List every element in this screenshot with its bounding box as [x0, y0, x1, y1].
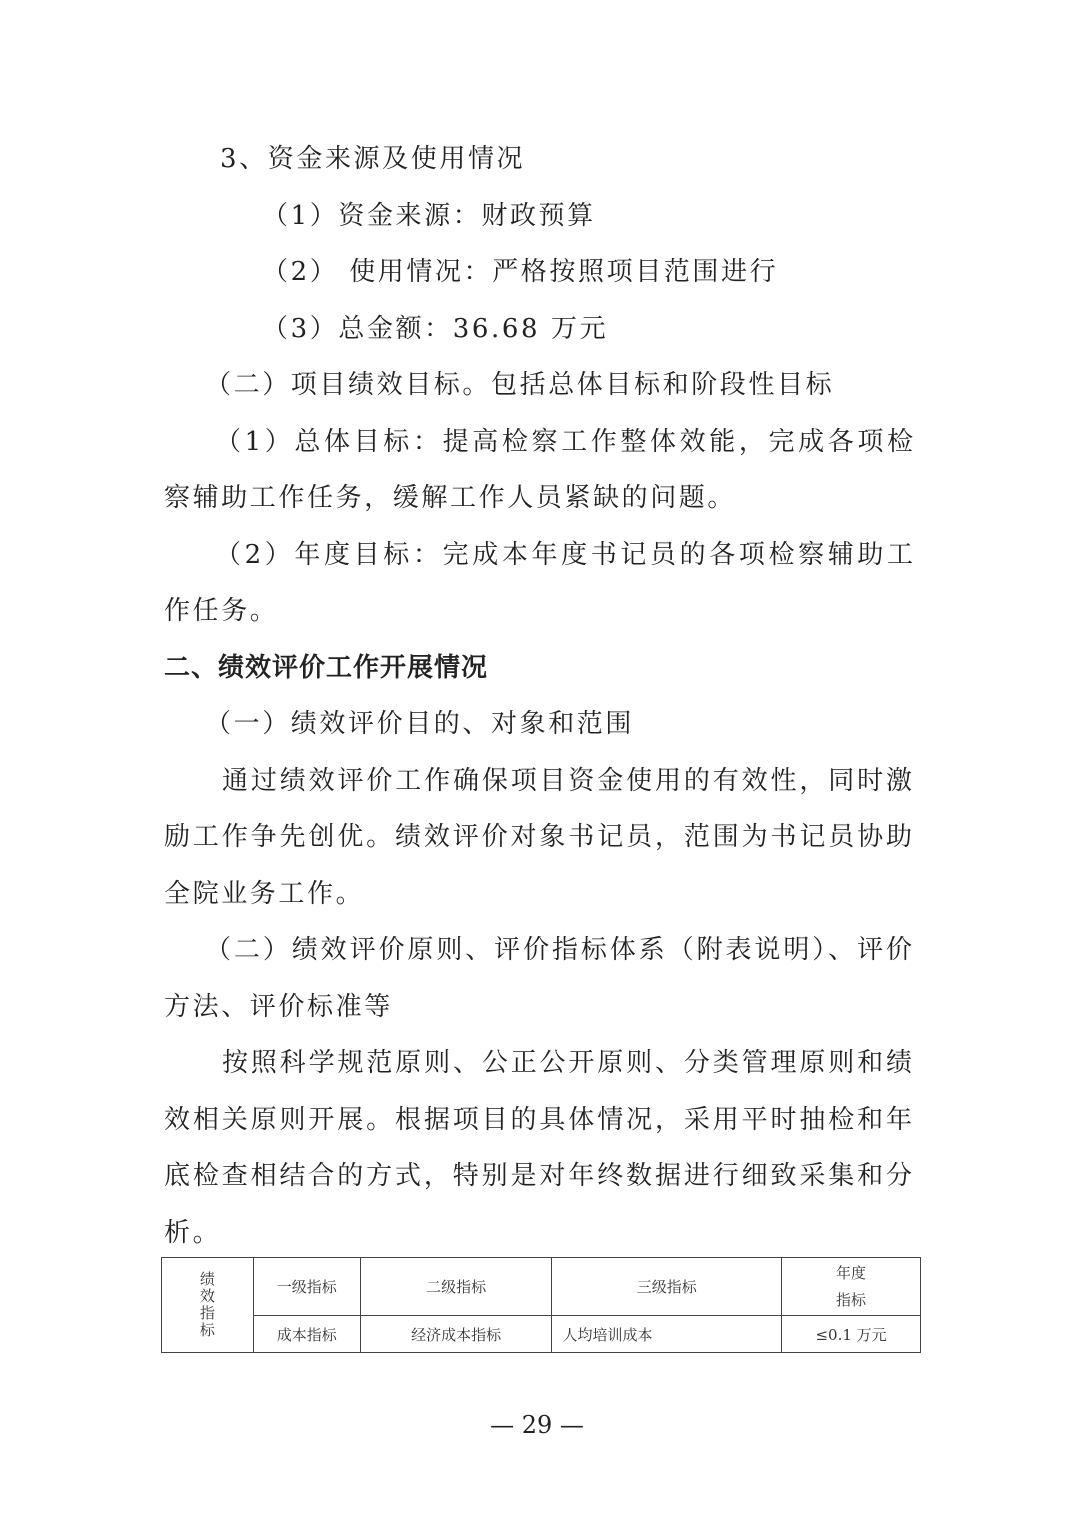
section-heading-principles-line2: 方法、评价标准等 [164, 990, 393, 1024]
cell-level1: 成本指标 [253, 1316, 360, 1353]
paragraph-overall-goal-line1: （1）总体目标：提高检察工作整体效能，完成各项检 [215, 425, 913, 459]
header-annual-label: 年度指标 [834, 1260, 868, 1314]
paragraph-annual-goal-line1: （2）年度目标：完成本年度书记员的各项检察辅助工 [215, 538, 913, 572]
cell-annual-target: ≤0.1 万元 [782, 1316, 921, 1353]
header-cell-level2: 二级指标 [360, 1258, 552, 1316]
section-heading-performance-goals: （二）项目绩效目标。包括总体目标和阶段性目标 [205, 368, 834, 402]
section-heading-principles-line1: （二）绩效评价原则、评价指标体系（附表说明）、评价 [205, 933, 912, 967]
header-cell-level3: 三级指标 [552, 1258, 782, 1316]
paragraph-overall-goal-line2: 察辅助工作任务，缓解工作人员紧缺的问题。 [164, 481, 736, 515]
page-number: — 29 — [0, 1411, 1074, 1439]
paragraph-funding-source: （1）资金来源：财政预算 [262, 199, 596, 233]
table-row: 成本指标 经济成本指标 人均培训成本 ≤0.1 万元 [162, 1316, 921, 1353]
table-header-row: 绩效指标 一级指标 二级指标 三级指标 年度指标 [162, 1258, 921, 1316]
paragraph-principles-line1: 按照科学规范原则、公正公开原则、分类管理原则和绩 [222, 1046, 912, 1080]
paragraph-purpose-line3: 全院业务工作。 [164, 877, 364, 911]
section-heading-purpose-scope: （一）绩效评价目的、对象和范围 [205, 707, 634, 741]
row-header-cell: 绩效指标 [162, 1258, 254, 1353]
paragraph-purpose-line2: 励工作争先创优。绩效评价对象书记员，范围为书记员协助 [164, 820, 912, 854]
paragraph-funding-usage: （2） 使用情况：严格按照项目范围进行 [262, 255, 778, 289]
header-cell-level1: 一级指标 [253, 1258, 360, 1316]
paragraph-principles-line3: 底检查相结合的方式，特别是对年终数据进行细致采集和分 [164, 1159, 912, 1193]
paragraph-funding-total: （3）总金额：36.68 万元 [262, 312, 608, 346]
paragraph-principles-line4: 析。 [164, 1216, 221, 1250]
cell-level2: 经济成本指标 [360, 1316, 552, 1353]
paragraph-principles-line2: 效相关原则开展。根据项目的具体情况，采用平时抽检和年 [164, 1103, 912, 1137]
chapter-heading-evaluation: 二、绩效评价工作开展情况 [164, 651, 488, 685]
row-header-label: 绩效指标 [199, 1271, 215, 1339]
subsection-heading-funding: 3、资金来源及使用情况 [220, 142, 525, 176]
cell-level3: 人均培训成本 [552, 1316, 782, 1353]
paragraph-purpose-line1: 通过绩效评价工作确保项目资金使用的有效性，同时激 [222, 764, 912, 798]
performance-indicator-table: 绩效指标 一级指标 二级指标 三级指标 年度指标 成本指标 经济成本指标 人均培… [161, 1257, 921, 1353]
paragraph-annual-goal-line2: 作任务。 [164, 594, 278, 628]
header-cell-annual: 年度指标 [782, 1258, 921, 1316]
